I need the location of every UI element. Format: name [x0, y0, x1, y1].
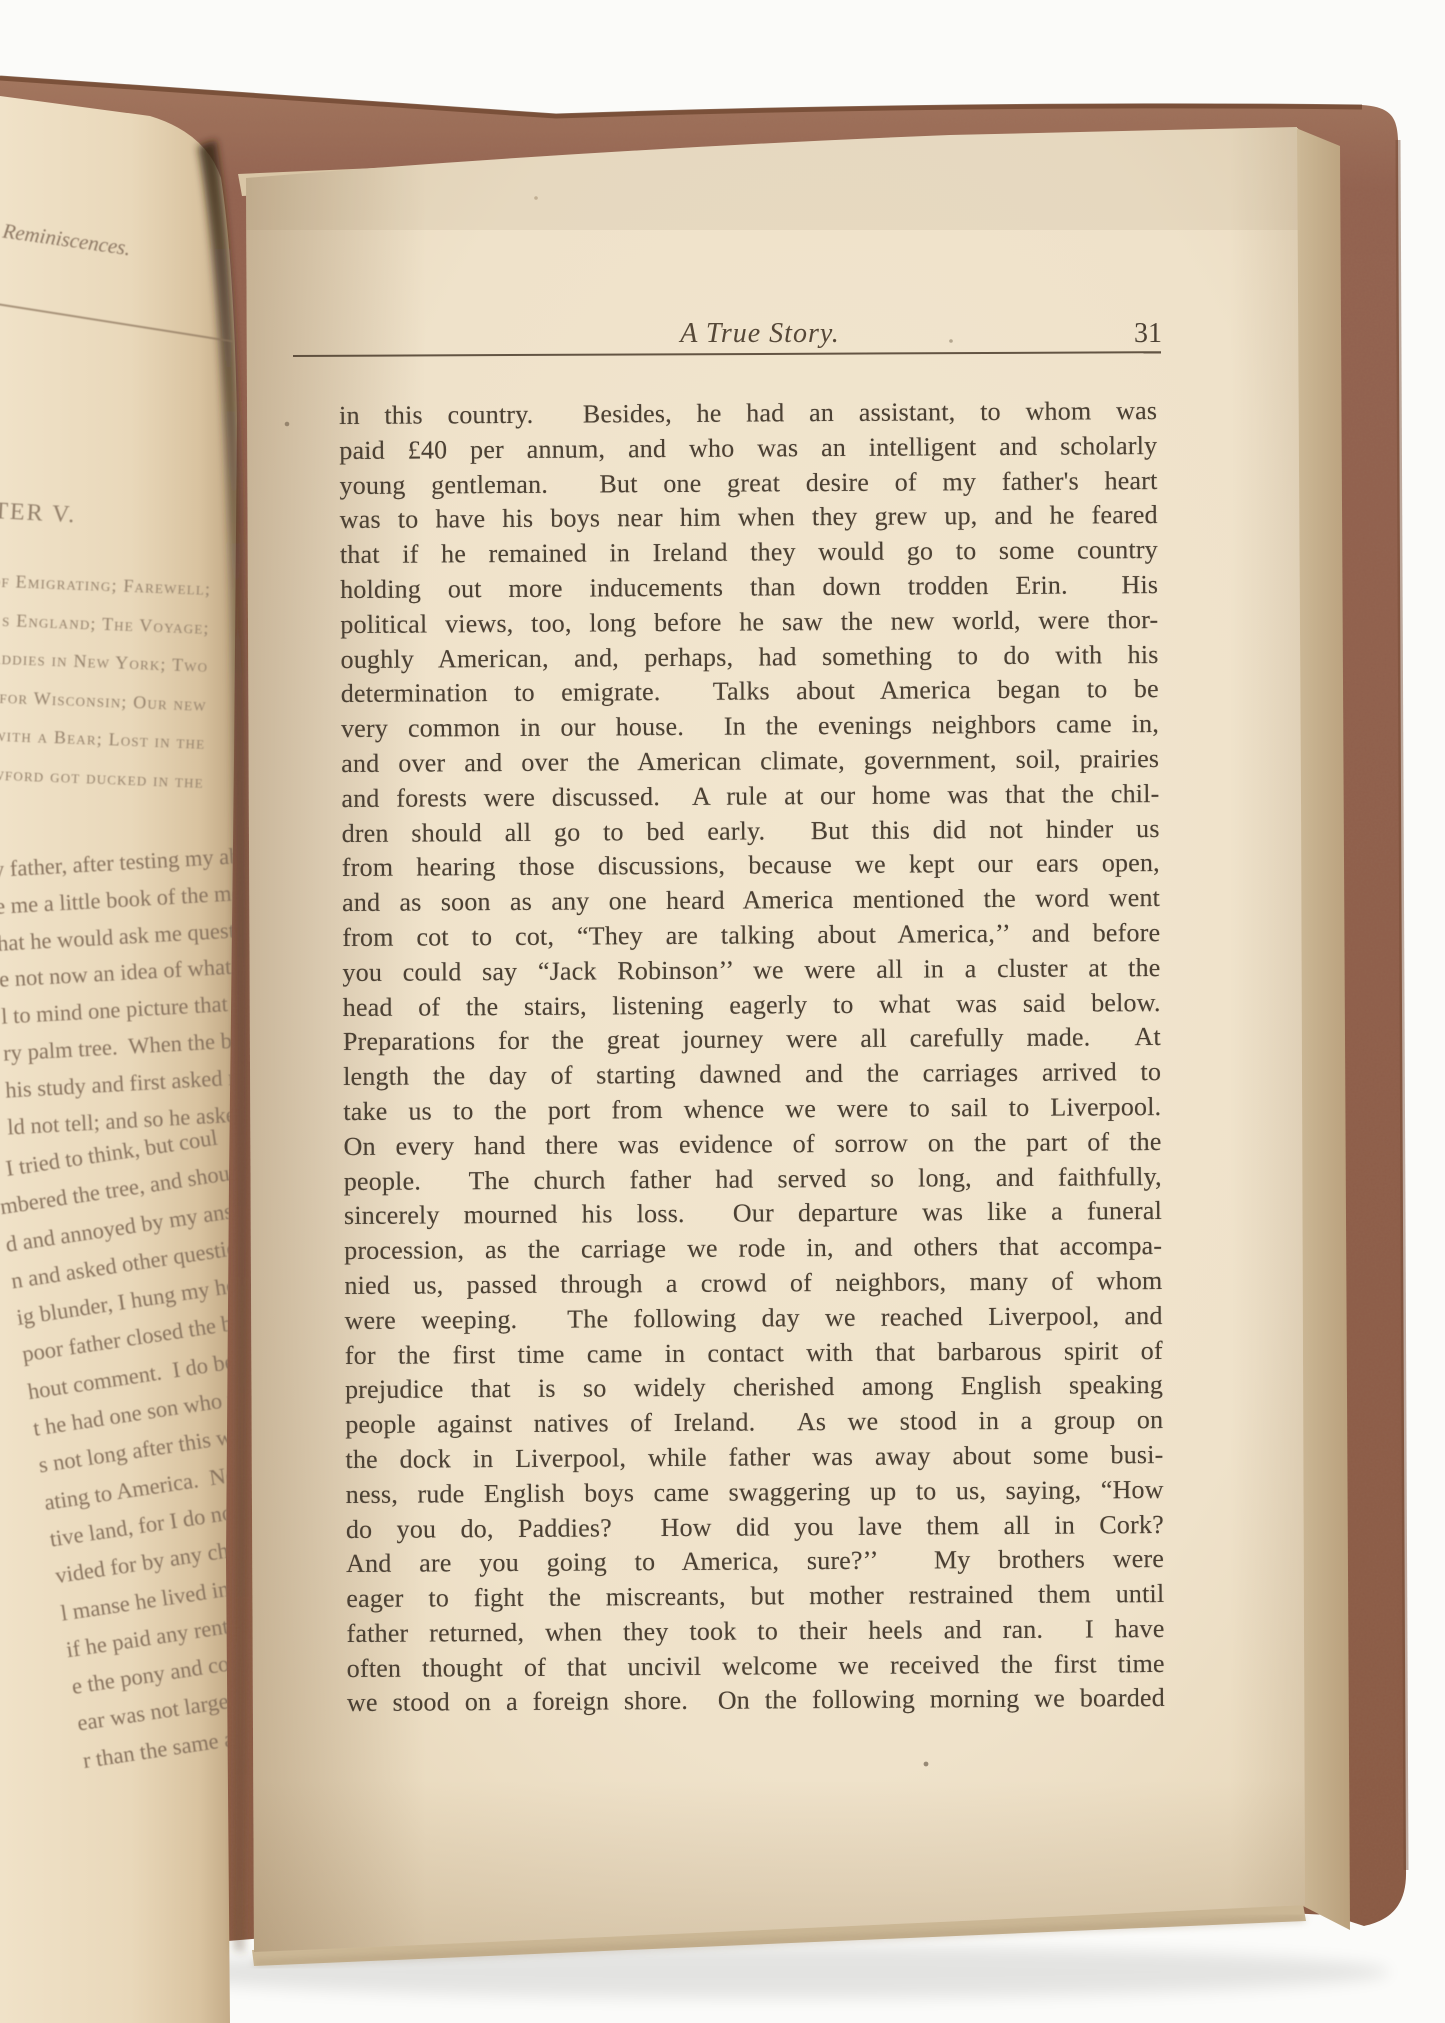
- left-header-rule: [0, 301, 233, 342]
- text-line: were weeping. The following day we reach…: [345, 1299, 1163, 1339]
- text-line: Preparations for the great journey were …: [343, 1020, 1161, 1060]
- text-line: nied us, passed through a crowd of neigh…: [344, 1264, 1162, 1304]
- text-line: And are you going to America, sure?’’ My…: [346, 1542, 1164, 1582]
- text-line: from hearing those discussions, because …: [342, 846, 1160, 886]
- text-line: and as soon as any one heard America men…: [342, 881, 1160, 921]
- text-line: ness, rude English boys came swaggering …: [346, 1473, 1164, 1513]
- text-line: determination to emigrate. Talks about A…: [341, 672, 1159, 712]
- text-line: do you do, Paddies? How did you lave the…: [346, 1507, 1164, 1547]
- text-line: political views, too, long before he saw…: [340, 603, 1158, 643]
- text-line: and over and over the American climate, …: [341, 742, 1159, 782]
- text-line: often thought of that uncivil welcome we…: [347, 1647, 1165, 1687]
- text-line: father returned, when they took to their…: [346, 1612, 1164, 1652]
- text-line: people. The church father had served so …: [344, 1160, 1162, 1200]
- running-head-title: A True Story.: [668, 318, 852, 350]
- page-number: 31: [1118, 318, 1162, 350]
- text-line: paid £40 per annum, and who was an intel…: [339, 429, 1157, 469]
- text-line: eager to fight the miscreants, but mothe…: [346, 1577, 1164, 1617]
- text-line: and forests were discussed. A rule at ou…: [341, 777, 1159, 817]
- text-line: the dock in Liverpool, while father was …: [345, 1438, 1163, 1478]
- text-line: oughly American, and, perhaps, had somet…: [340, 638, 1158, 678]
- text-line: from cot to cot, “They are talking about…: [342, 916, 1160, 956]
- text-line: length the day of starting dawned and th…: [343, 1055, 1161, 1095]
- paper-speckle: [949, 339, 953, 343]
- open-book-photo: son's Reminiscences. TER V. s of Emigrat…: [0, 0, 1445, 2023]
- summary-line: s of Emigrating; Farewell;: [0, 555, 212, 608]
- text-line: people against natives of Ireland. As we…: [345, 1403, 1163, 1443]
- text-line: we stood on a foreign shore. On the foll…: [347, 1681, 1165, 1721]
- paper-speckle: [534, 196, 538, 200]
- text-line: procession, as the carriage we rode in, …: [344, 1229, 1162, 1269]
- text-line: sincerely mourned his loss. Our departur…: [344, 1194, 1162, 1234]
- text-line: you could say “Jack Robinson’’ we were a…: [342, 951, 1160, 991]
- left-chapter-summary: s of Emigrating; Farewell;s England; The…: [0, 555, 212, 801]
- paper-speckle: [285, 422, 290, 427]
- text-line: head of the stairs, listening eagerly to…: [343, 986, 1161, 1026]
- text-line: in this country. Besides, he had an assi…: [339, 394, 1157, 434]
- right-page-body: in this country. Besides, he had an assi…: [339, 394, 1165, 1721]
- left-chapter-heading: TER V.: [0, 498, 77, 529]
- text-line: young gentleman. But one great desire of…: [339, 464, 1157, 504]
- text-line: very common in our house. In the evening…: [341, 707, 1159, 747]
- text-line: was to have his boys near him when they …: [340, 498, 1158, 538]
- left-running-head: son's Reminiscences.: [0, 212, 132, 261]
- text-line: holding out more inducements than down t…: [340, 568, 1158, 608]
- text-line: take us to the port from whence we were …: [343, 1090, 1161, 1130]
- text-line: dren should all go to bed early. But thi…: [342, 812, 1160, 852]
- text-line: On every hand there was evidence of sorr…: [343, 1125, 1161, 1165]
- paper-speckle: [924, 1762, 929, 1767]
- text-line: prejudice that is so widely cherished am…: [345, 1368, 1163, 1408]
- text-line: for the first time came in contact with …: [345, 1334, 1163, 1374]
- text-line: that if he remained in Ireland they woul…: [340, 533, 1158, 573]
